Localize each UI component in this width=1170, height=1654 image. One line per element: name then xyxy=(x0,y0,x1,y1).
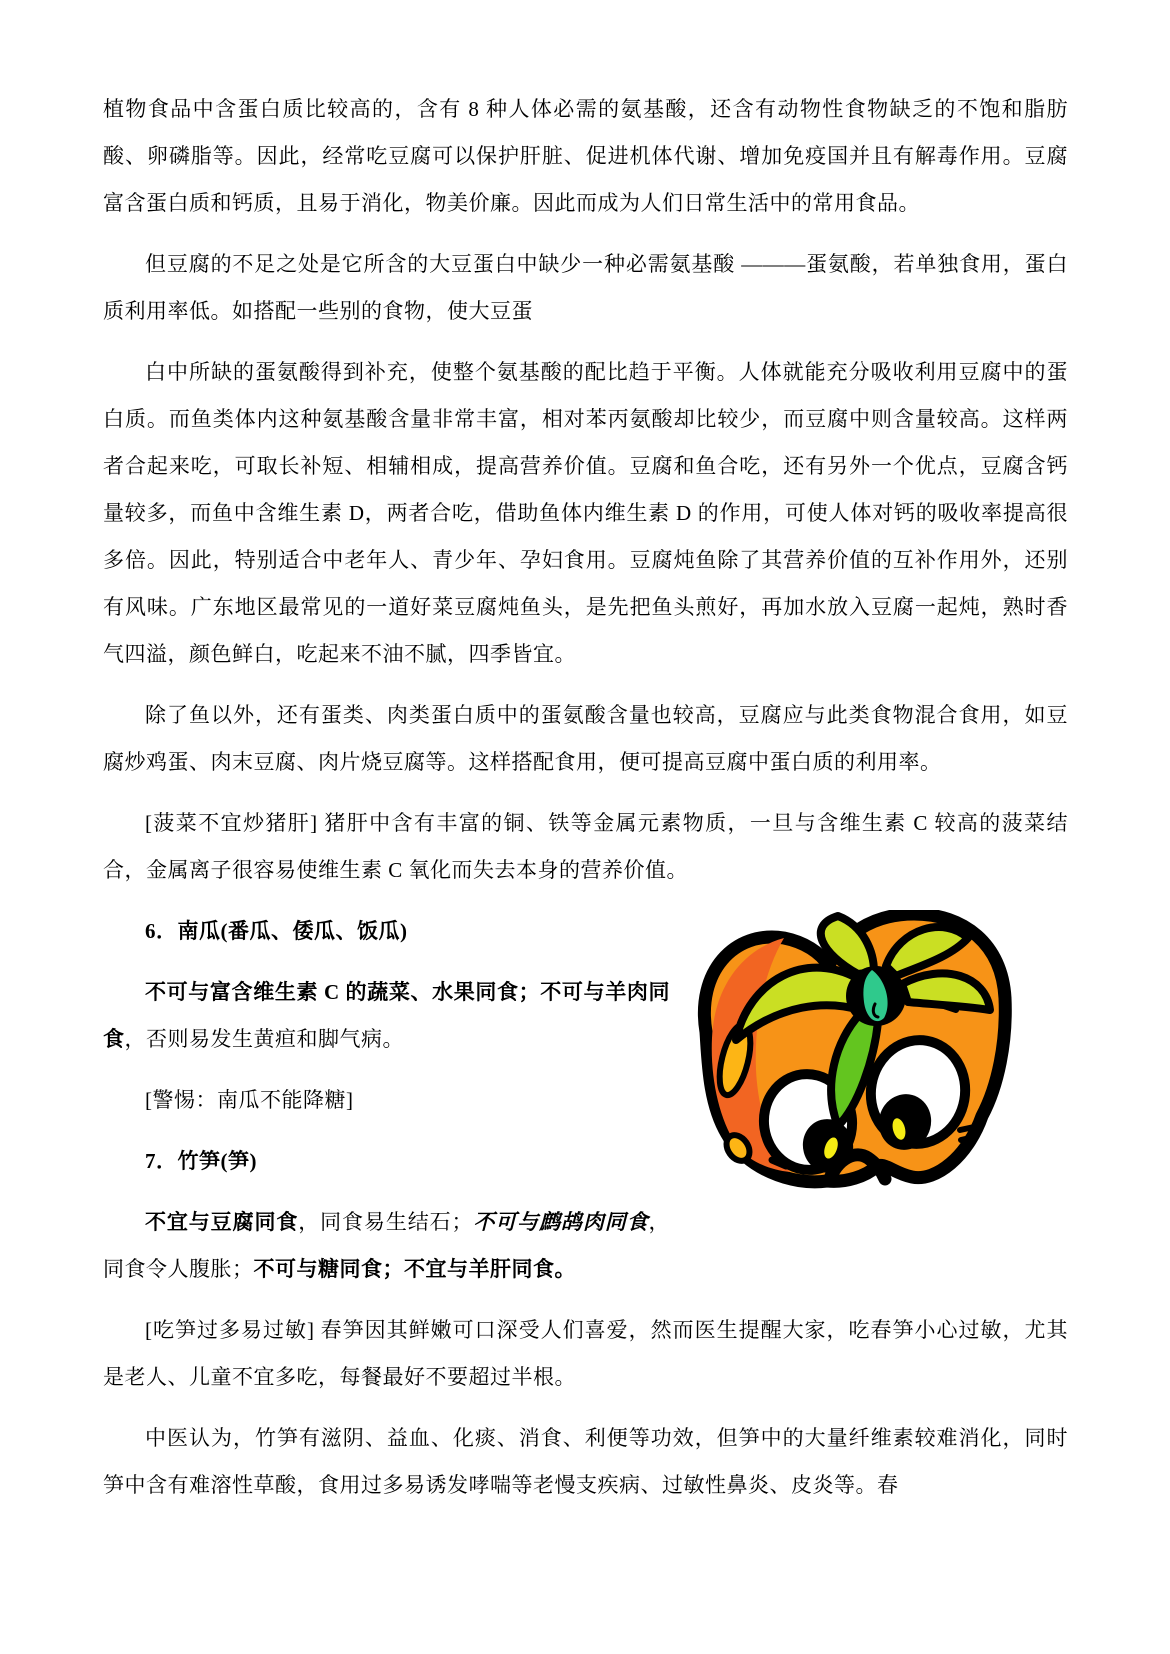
para-tofu-shortcoming: 但豆腐的不足之处是它所含的大豆蛋白中缺少一种必需氨基酸 ———蛋氨酸，若单独食用… xyxy=(103,241,1068,335)
text-run: [吃笋过多易过敏] 春笋因其鲜嫩可口深受人们喜爱，然而医生提醒大家，吃春笋小心过… xyxy=(103,1318,1068,1389)
para-spinach-liver: [菠菜不宜炒猪肝] 猪肝中含有丰富的铜、铁等金属元素物质，一旦与含维生素 C 较… xyxy=(103,800,1068,894)
para-tofu-intro: 植物食品中含蛋白质比较高的，含有 8 种人体必需的氨基酸，还含有动物性食物缺乏的… xyxy=(103,86,1068,227)
text-run: 白中所缺的蛋氨酸得到补充，使整个氨基酸的配比趋于平衡。人体就能充分吸收利用豆腐中… xyxy=(103,360,1068,666)
para-bamboo-rules: 不宜与豆腐同食，同食易生结石；不可与鹧鸪肉同食，同食令人腹胀；不可与糖同食；不宜… xyxy=(103,1199,1068,1293)
pumpkin-image xyxy=(688,910,1013,1200)
text-run: 不可与糖同食；不宜与羊肝同食。 xyxy=(254,1257,577,1281)
para-tofu-egg-meat: 除了鱼以外，还有蛋类、肉类蛋白质中的蛋氨酸含量也较高，豆腐应与此类食物混合食用，… xyxy=(103,692,1068,786)
skin-dash-right-1 xyxy=(960,1127,974,1130)
heading-text: 7．竹笋(笋) xyxy=(145,1149,257,1173)
para-bamboo-allergy: [吃笋过多易过敏] 春笋因其鲜嫩可口深受人们喜爱，然而医生提醒大家，吃春笋小心过… xyxy=(103,1307,1068,1401)
text-run: [警惕：南瓜不能降糖] xyxy=(145,1088,354,1112)
heading-text: 6．南瓜(番瓜、倭瓜、饭瓜) xyxy=(145,919,408,943)
text-run: 但豆腐的不足之处是它所含的大豆蛋白中缺少一种必需氨基酸 ———蛋氨酸，若单独食用… xyxy=(103,252,1068,323)
text-run: [菠菜不宜炒猪肝] 猪肝中含有丰富的铜、铁等金属元素物质，一旦与含维生素 C 较… xyxy=(103,811,1068,882)
text-run: 除了鱼以外，还有蛋类、肉类蛋白质中的蛋氨酸含量也较高，豆腐应与此类食物混合食用，… xyxy=(103,703,1068,774)
text-run: 植物食品中含蛋白质比较高的，含有 8 种人体必需的氨基酸，还含有动物性食物缺乏的… xyxy=(103,97,1068,215)
skin-dash-top xyxy=(944,1006,956,1010)
pumpkin-illustration xyxy=(688,910,1068,1196)
text-run: 不宜与豆腐同食 xyxy=(145,1210,298,1234)
document-page: 植物食品中含蛋白质比较高的，含有 8 种人体必需的氨基酸，还含有动物性食物缺乏的… xyxy=(0,0,1170,1654)
text-run: ，同食易生结石； xyxy=(298,1210,473,1234)
text-run: ，否则易发生黄疸和脚气病。 xyxy=(125,1027,405,1051)
para-bamboo-tcm: 中医认为，竹笋有滋阴、益血、化痰、消食、利便等功效，但笋中的大量纤维素较难消化，… xyxy=(103,1415,1068,1509)
document-body: 植物食品中含蛋白质比较高的，含有 8 种人体必需的氨基酸，还含有动物性食物缺乏的… xyxy=(103,86,1068,1509)
para-tofu-fish: 白中所缺的蛋氨酸得到补充，使整个氨基酸的配比趋于平衡。人体就能充分吸收利用豆腐中… xyxy=(103,349,1068,678)
skin-dash-right-2 xyxy=(961,1137,974,1140)
text-run: 中医认为，竹笋有滋阴、益血、化痰、消食、利便等功效，但笋中的大量纤维素较难消化，… xyxy=(103,1426,1068,1497)
text-run: 不可与鹧鸪肉同食 xyxy=(473,1210,649,1234)
